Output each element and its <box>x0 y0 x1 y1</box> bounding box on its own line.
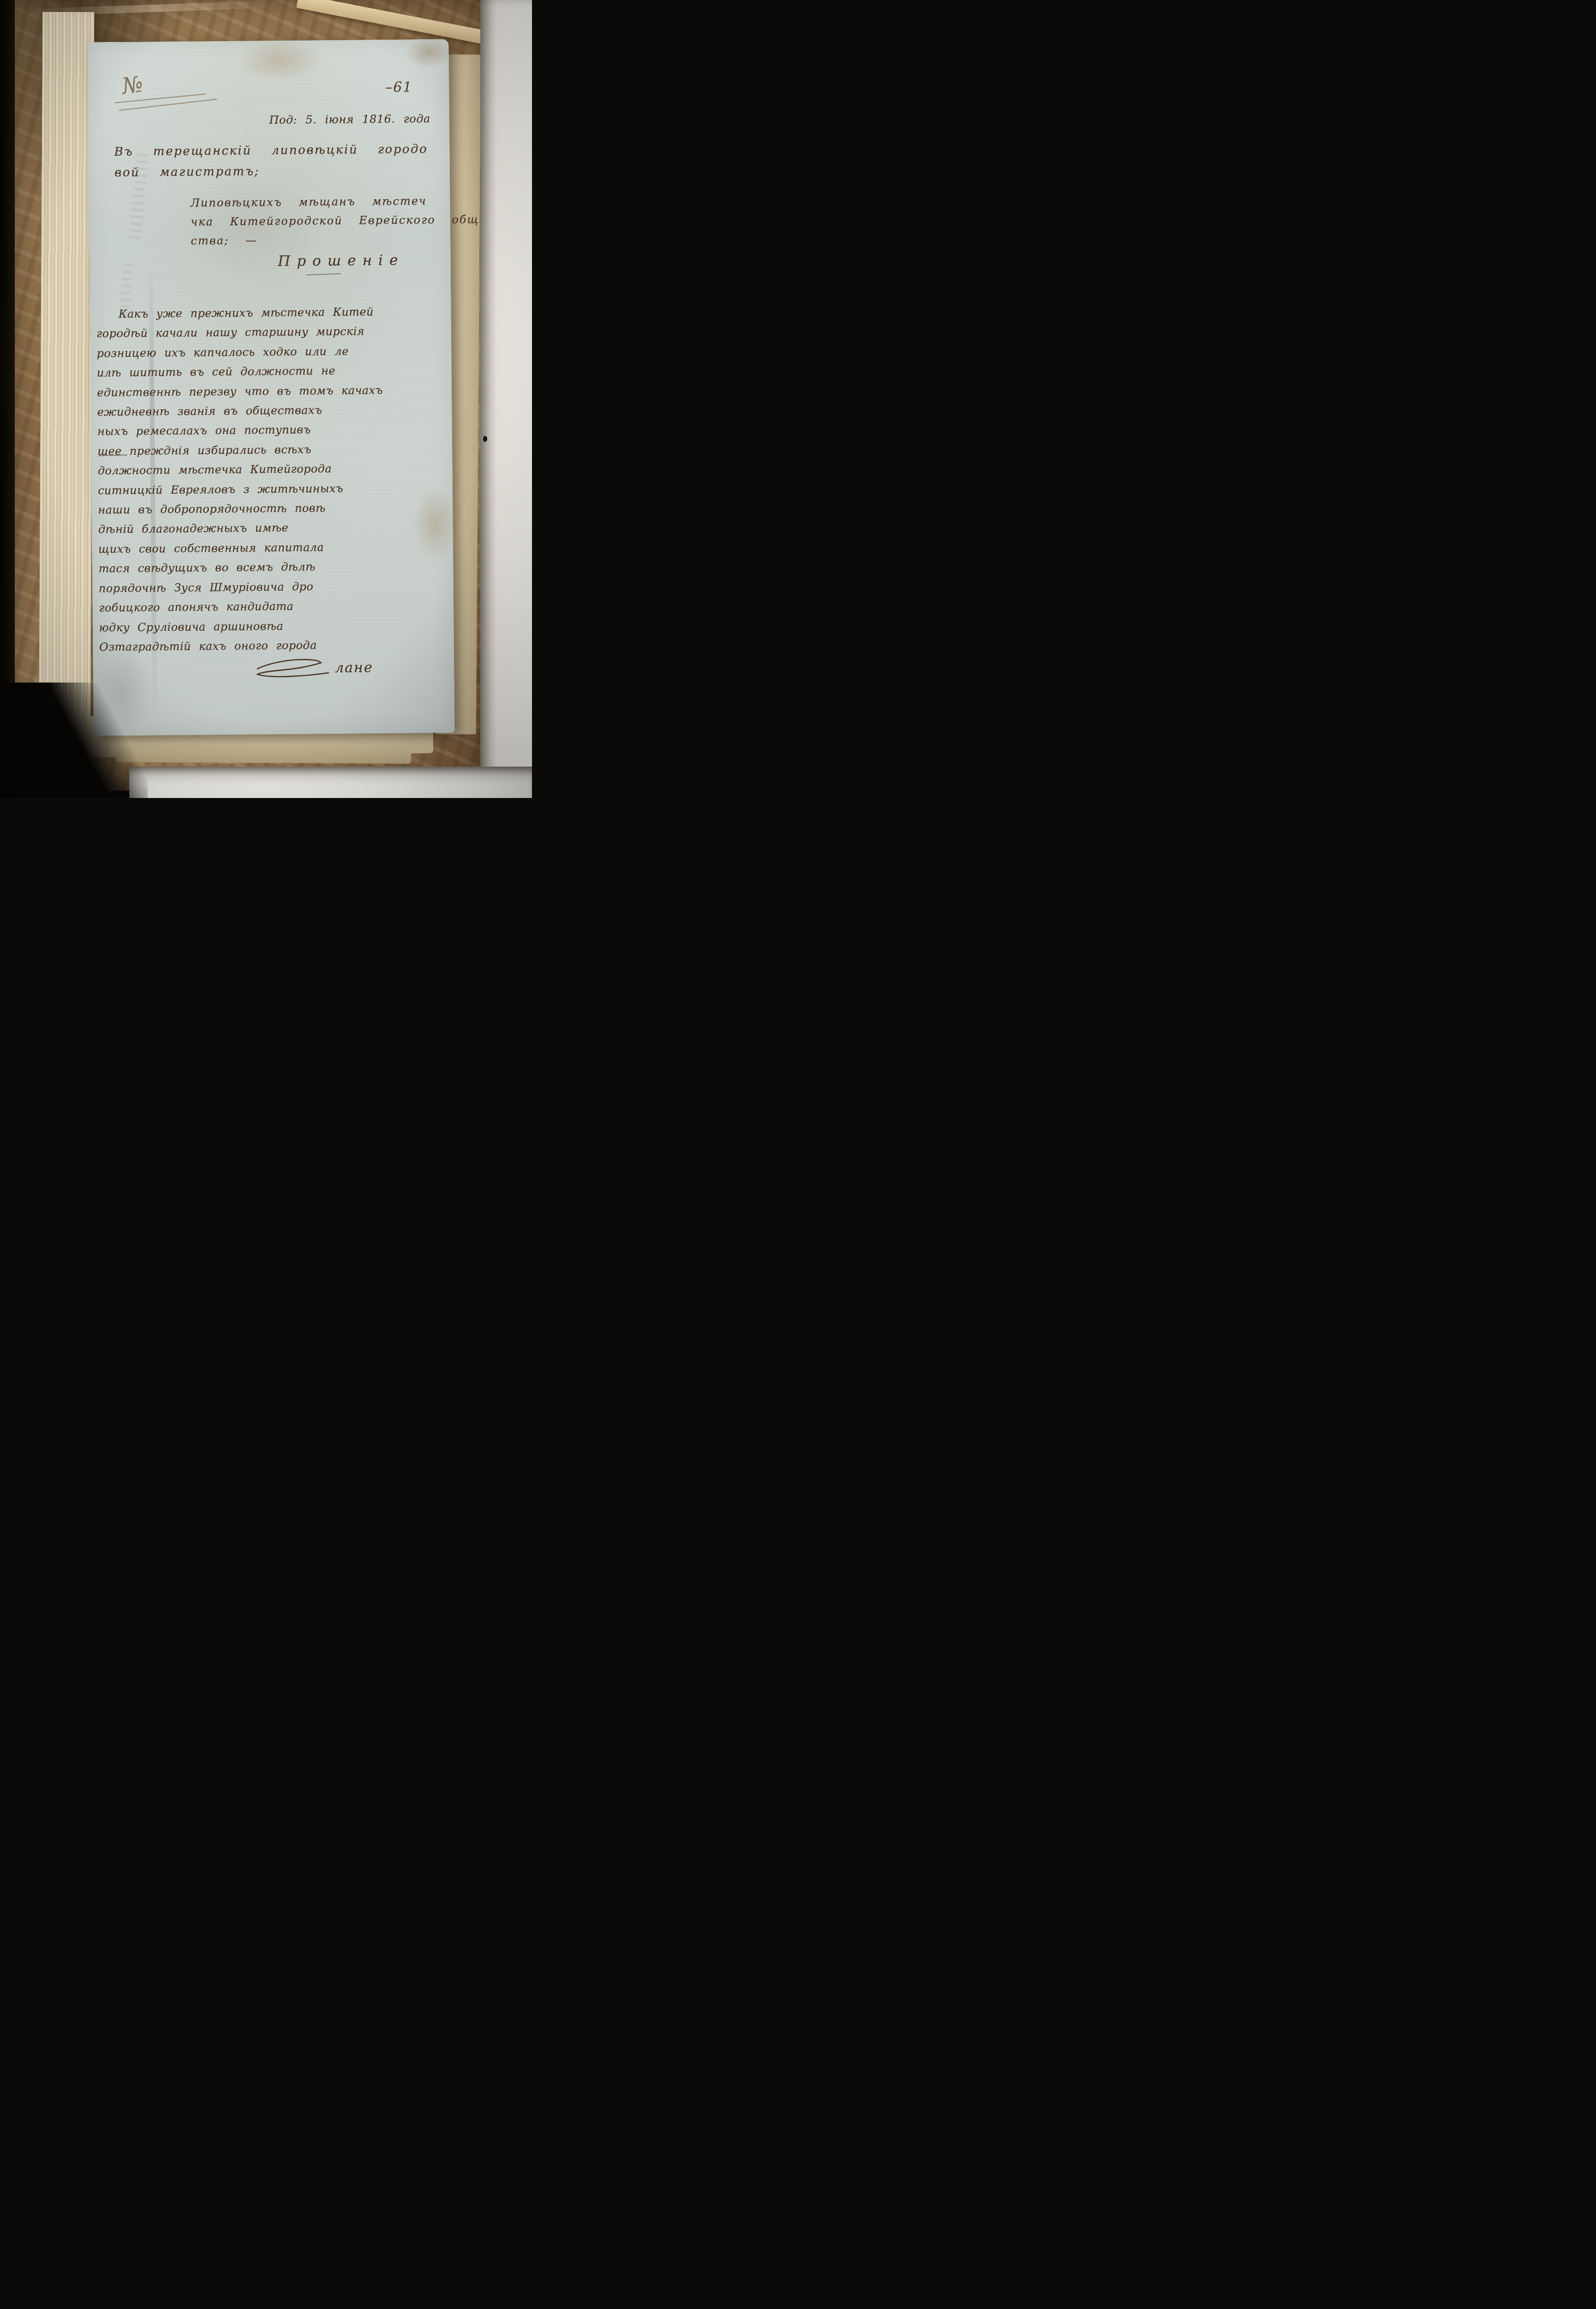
body-line: городѣй качали нашу старшину мирскія <box>97 321 382 344</box>
date-line: Под: 5. іюня 1816. года <box>269 112 430 127</box>
body-line: ежидневнѣ званія въ обществахъ <box>97 400 383 422</box>
body-line: гобицкого апонячъ кандидата <box>99 596 385 618</box>
folio-dash: – <box>385 79 393 96</box>
body-line: илѣ шитить въ сей должности не <box>97 361 383 383</box>
signature-flourish <box>252 657 330 679</box>
title-underline-stroke <box>307 273 341 275</box>
body-line: шее прежднія избирались всѣхъ <box>97 439 383 461</box>
photo-dark-corner <box>0 683 148 798</box>
body-line: юдку Сруліовича аршиновѣа <box>99 615 385 637</box>
body-line: щихъ свои собственныя капитала <box>98 537 384 559</box>
body-line: дѣній благонадежныхъ имѣе <box>98 517 384 539</box>
fanned-page <box>115 746 411 763</box>
book-page-edges <box>39 12 94 761</box>
petition-body: Какъ уже прежнихъ мѣстечка Китейгородѣй … <box>96 302 385 657</box>
addressee-block: Въ терещанскій липовѣцкій городовой маги… <box>114 139 428 183</box>
body-line: порядочнѣ Зуся Шмуріовича дро <box>99 576 385 598</box>
petition-title: Прошеніе <box>278 252 404 269</box>
age-stain <box>235 37 323 83</box>
petitioner-line: чка Китейгородской Еврейского общѣ <box>191 210 490 232</box>
folio-number: –61 <box>385 79 412 96</box>
body-line: ныхъ ремесалахъ она поступивъ <box>97 419 383 441</box>
folio-value: 61 <box>393 79 412 95</box>
window-sill <box>480 0 532 798</box>
window-sill <box>129 767 532 798</box>
photo-dark-edge <box>0 0 15 798</box>
signature-text: лане <box>335 659 373 676</box>
body-line: ситницкій Евреяловъ з житѣчиныхъ <box>98 478 384 501</box>
signature-row: лане <box>252 657 373 679</box>
manuscript-page: № –61 Под: 5. іюня 1816. года Въ терещан… <box>87 39 454 736</box>
header-line: Въ терещанскій липовѣцкій городо <box>114 139 428 163</box>
header-line: вой магистратъ; <box>115 160 428 183</box>
petitioner-line: Липовѣцкихъ мѣщанъ мѣстеч <box>190 191 490 213</box>
petitioner-block: Липовѣцкихъ мѣщанъ мѣстеччка Китейгородс… <box>190 191 490 251</box>
body-line: розницею ихъ капчалось ходко или ле <box>97 341 382 363</box>
body-line: единственнѣ перезву что въ томъ качахъ <box>97 381 383 403</box>
body-line: должности мѣстечка Китейгорода <box>97 459 383 481</box>
age-stain <box>412 485 459 564</box>
body-line: тася свѣдущихъ во всемъ дѣлѣ <box>98 556 384 579</box>
paper-hole <box>483 436 487 442</box>
body-line: Озтаградѣтій кахъ оного города <box>99 635 385 657</box>
body-line: Какъ уже прежнихъ мѣстечка Китей <box>96 302 382 324</box>
petitioner-line: ства; — <box>191 229 490 251</box>
body-line: наши въ добропорядочностѣ повѣ <box>98 498 384 520</box>
archival-photo: № –61 Под: 5. іюня 1816. года Въ терещан… <box>0 0 532 798</box>
age-stain <box>405 37 452 68</box>
numero-mark: № <box>121 71 145 99</box>
